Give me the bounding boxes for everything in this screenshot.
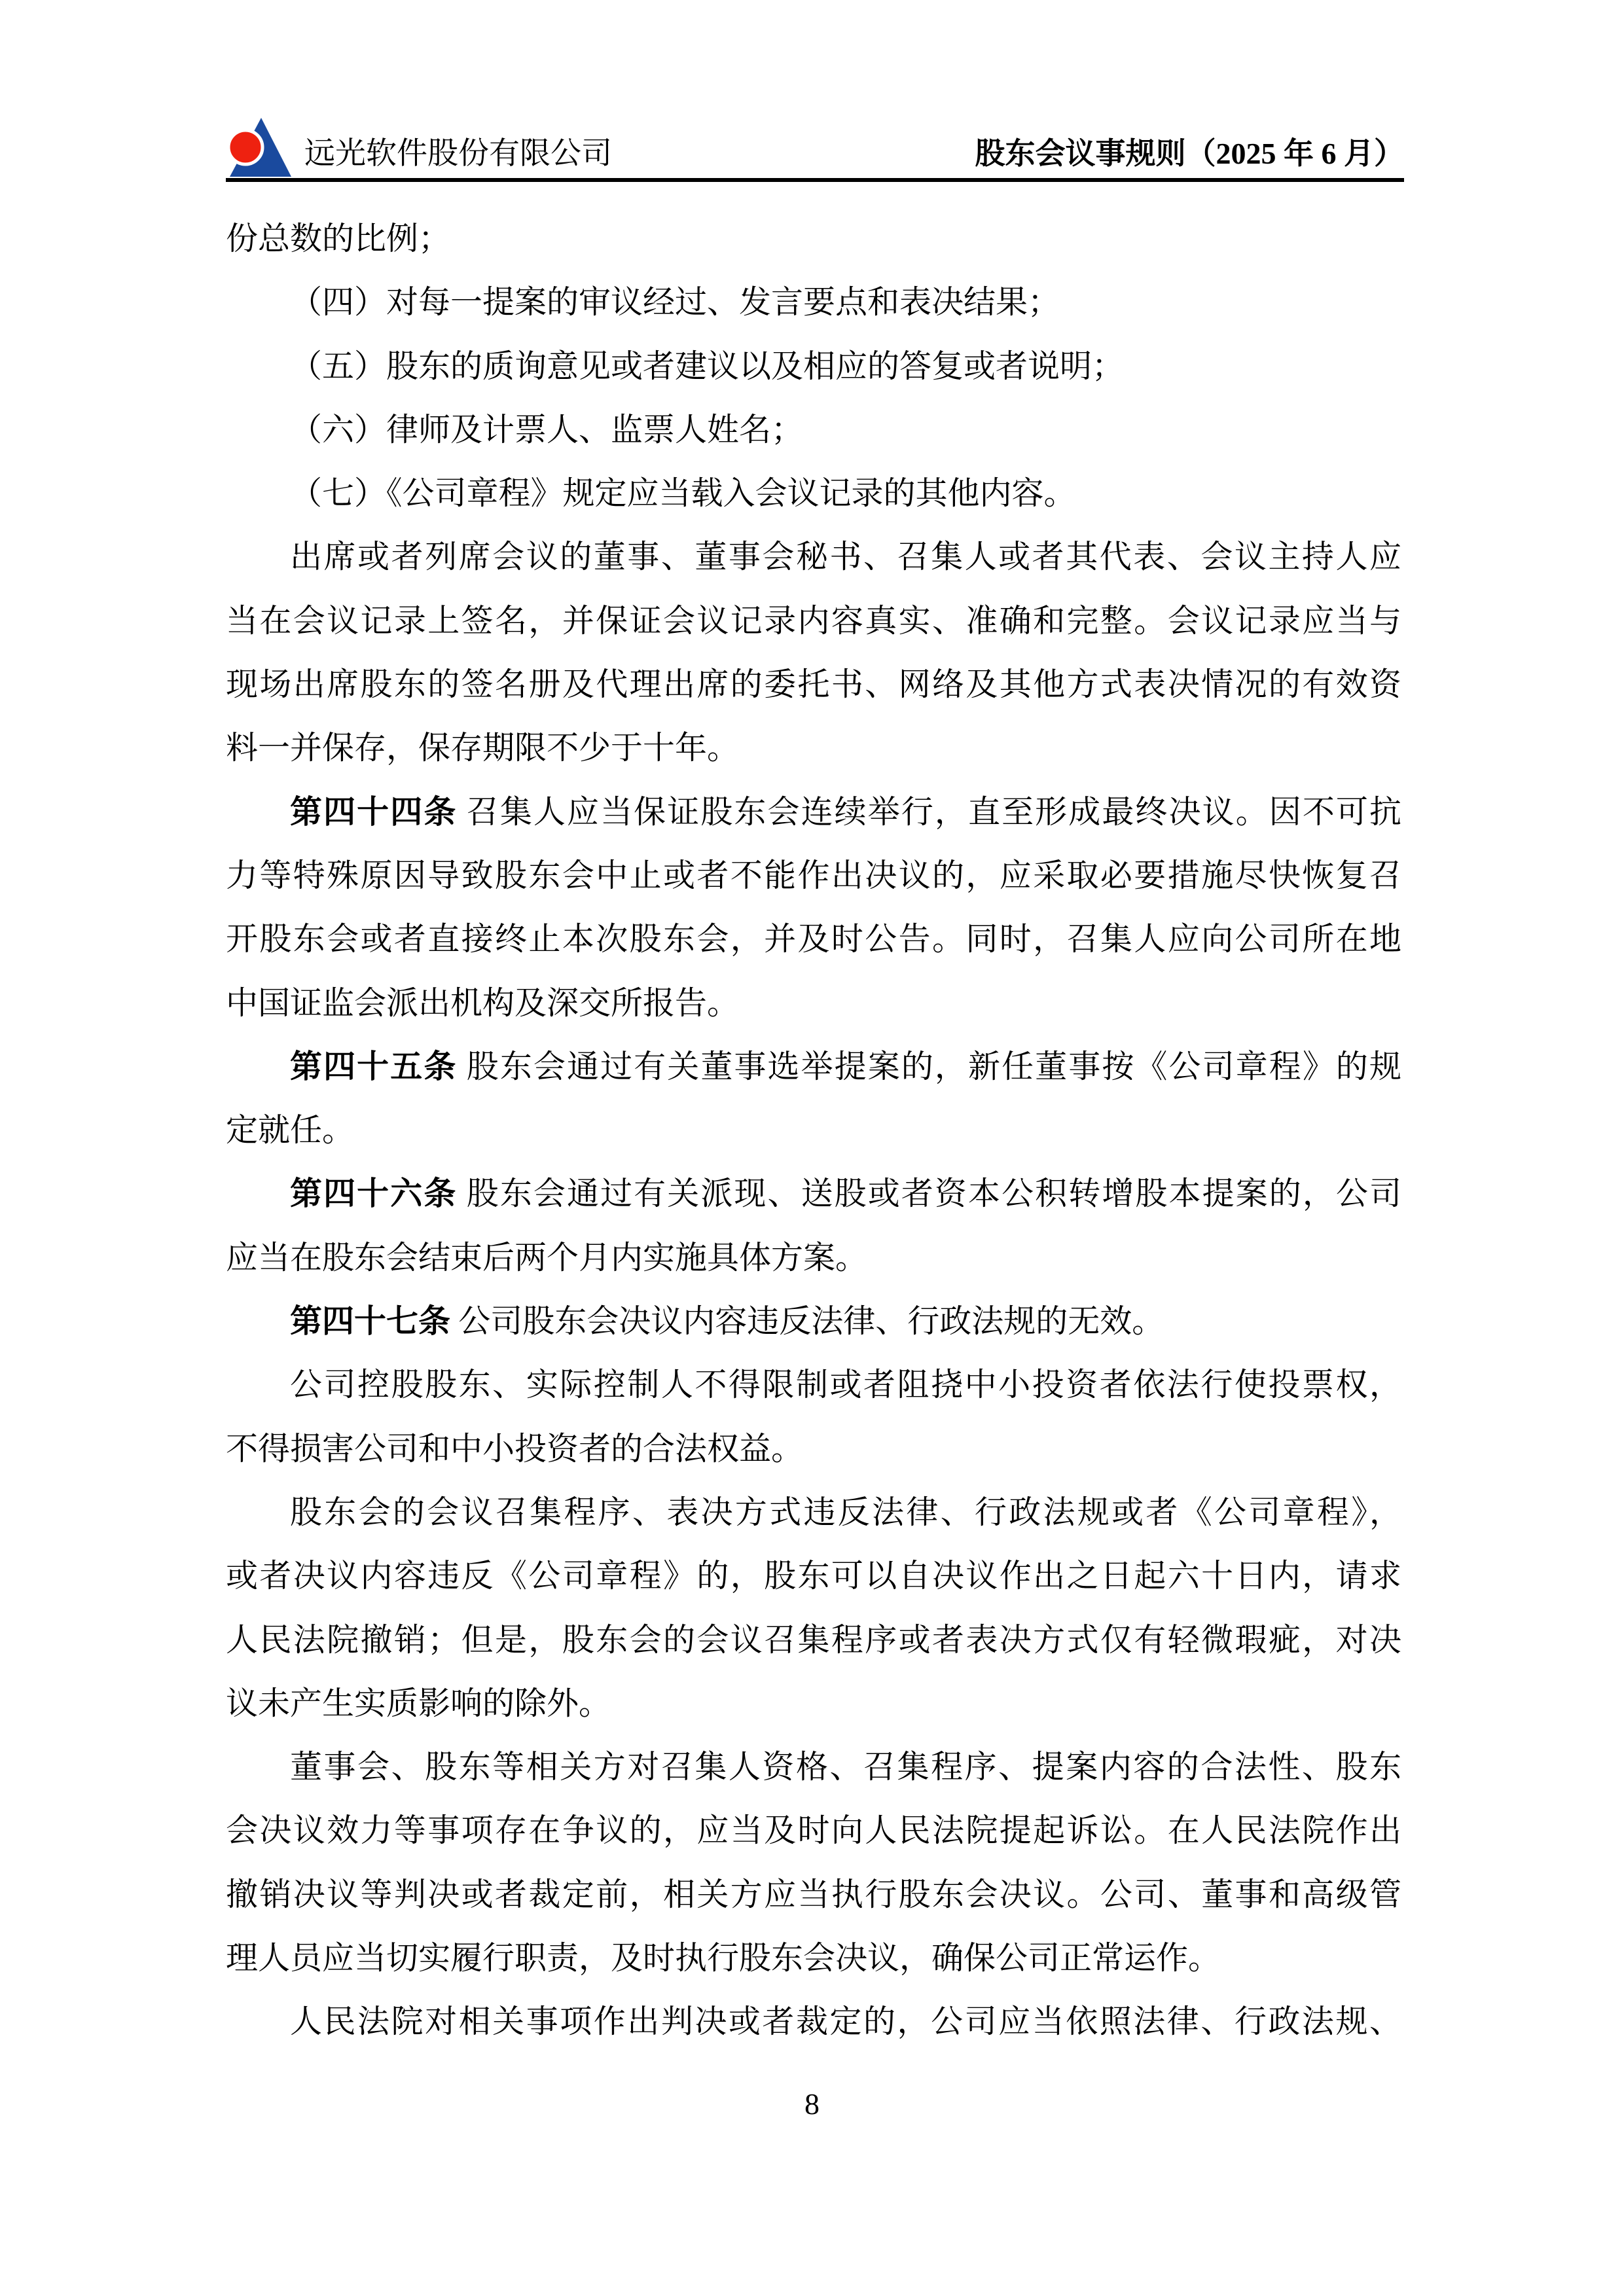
page-number: 8 xyxy=(0,2087,1624,2121)
text-line: 应当在股东会结束后两个月内实施具体方案。 xyxy=(226,1226,1401,1289)
article-line: 第四十六条 股东会通过有关派现、送股或者资本公积转增股本提案的，公司 xyxy=(226,1162,1401,1225)
company-logo-icon xyxy=(226,117,295,177)
text-line: 公司控股股东、实际控制人不得限制或者阻挠中小投资者依法行使投票权， xyxy=(226,1353,1401,1416)
text-line: 当在会议记录上签名，并保证会议记录内容真实、准确和完整。会议记录应当与 xyxy=(226,589,1401,653)
text-line: 人民法院撤销；但是，股东会的会议召集程序或者表决方式仅有轻微瑕疵，对决 xyxy=(226,1608,1401,1672)
text-line: 力等特殊原因导致股东会中止或者不能作出决议的，应采取必要措施尽快恢复召 xyxy=(226,844,1401,907)
article-number: 第四十五条 xyxy=(290,1049,457,1085)
document-body: 份总数的比例；（四）对每一提案的审议经过、发言要点和表决结果；（五）股东的质询意… xyxy=(226,207,1401,2054)
document-title: 股东会议事规则（2025 年 6 月） xyxy=(975,130,1405,173)
text-line: 理人员应当切实履行职责，及时执行股东会决议，确保公司正常运作。 xyxy=(226,1926,1401,1990)
text-line: 中国证监会派出机构及深交所报告。 xyxy=(226,971,1401,1035)
text-line: 或者决议内容违反《公司章程》的，股东可以自决议作出之日起六十日内，请求 xyxy=(226,1544,1401,1607)
text-line: （六）律师及计票人、监票人姓名； xyxy=(226,398,1401,461)
article-line: 第四十七条 公司股东会决议内容违反法律、行政法规的无效。 xyxy=(226,1289,1401,1353)
text-line: 定就任。 xyxy=(226,1098,1401,1162)
text-line: 议未产生实质影响的除外。 xyxy=(226,1672,1401,1735)
text-line: 董事会、股东等相关方对召集人资格、召集程序、提案内容的合法性、股东 xyxy=(226,1735,1401,1799)
text-line: 开股东会或者直接终止本次股东会，并及时公告。同时，召集人应向公司所在地 xyxy=(226,907,1401,971)
article-number: 第四十六条 xyxy=(290,1175,457,1211)
text-line: 撤销决议等判决或者裁定前，相关方应当执行股东会决议。公司、董事和高级管 xyxy=(226,1863,1401,1926)
text-line: （五）股东的质询意见或者建议以及相应的答复或者说明； xyxy=(226,334,1401,398)
text-line: 不得损害公司和中小投资者的合法权益。 xyxy=(226,1417,1401,1480)
text-line: 料一并保存，保存期限不少于十年。 xyxy=(226,716,1401,780)
article-number: 第四十七条 xyxy=(290,1303,450,1339)
text-line: 会决议效力等事项存在争议的，应当及时向人民法院提起诉讼。在人民法院作出 xyxy=(226,1799,1401,1862)
text-line: 股东会的会议召集程序、表决方式违反法律、行政法规或者《公司章程》， xyxy=(226,1480,1401,1544)
text-line: 出席或者列席会议的董事、董事会秘书、召集人或者其代表、会议主持人应 xyxy=(226,525,1401,588)
text-line: 份总数的比例； xyxy=(226,207,1401,270)
text-line: （四）对每一提案的审议经过、发言要点和表决结果； xyxy=(226,270,1401,334)
document-page: 远光软件股份有限公司 股东会议事规则（2025 年 6 月） 份总数的比例；（四… xyxy=(0,0,1624,2296)
page-header: 远光软件股份有限公司 股东会议事规则（2025 年 6 月） xyxy=(226,109,1404,182)
text-line: （七）《公司章程》规定应当载入会议记录的其他内容。 xyxy=(226,461,1401,525)
article-line: 第四十四条 召集人应当保证股东会连续举行，直至形成最终决议。因不可抗 xyxy=(226,780,1401,844)
text-line: 现场出席股东的签名册及代理出席的委托书、网络及其他方式表决情况的有效资 xyxy=(226,653,1401,716)
text-line: 人民法院对相关事项作出判决或者裁定的，公司应当依照法律、行政法规、 xyxy=(226,1990,1401,2053)
company-name: 远光软件股份有限公司 xyxy=(304,129,612,173)
logo-circle xyxy=(228,130,262,164)
article-line: 第四十五条 股东会通过有关董事选举提案的，新任董事按《公司章程》的规 xyxy=(226,1035,1401,1098)
article-number: 第四十四条 xyxy=(290,794,457,830)
